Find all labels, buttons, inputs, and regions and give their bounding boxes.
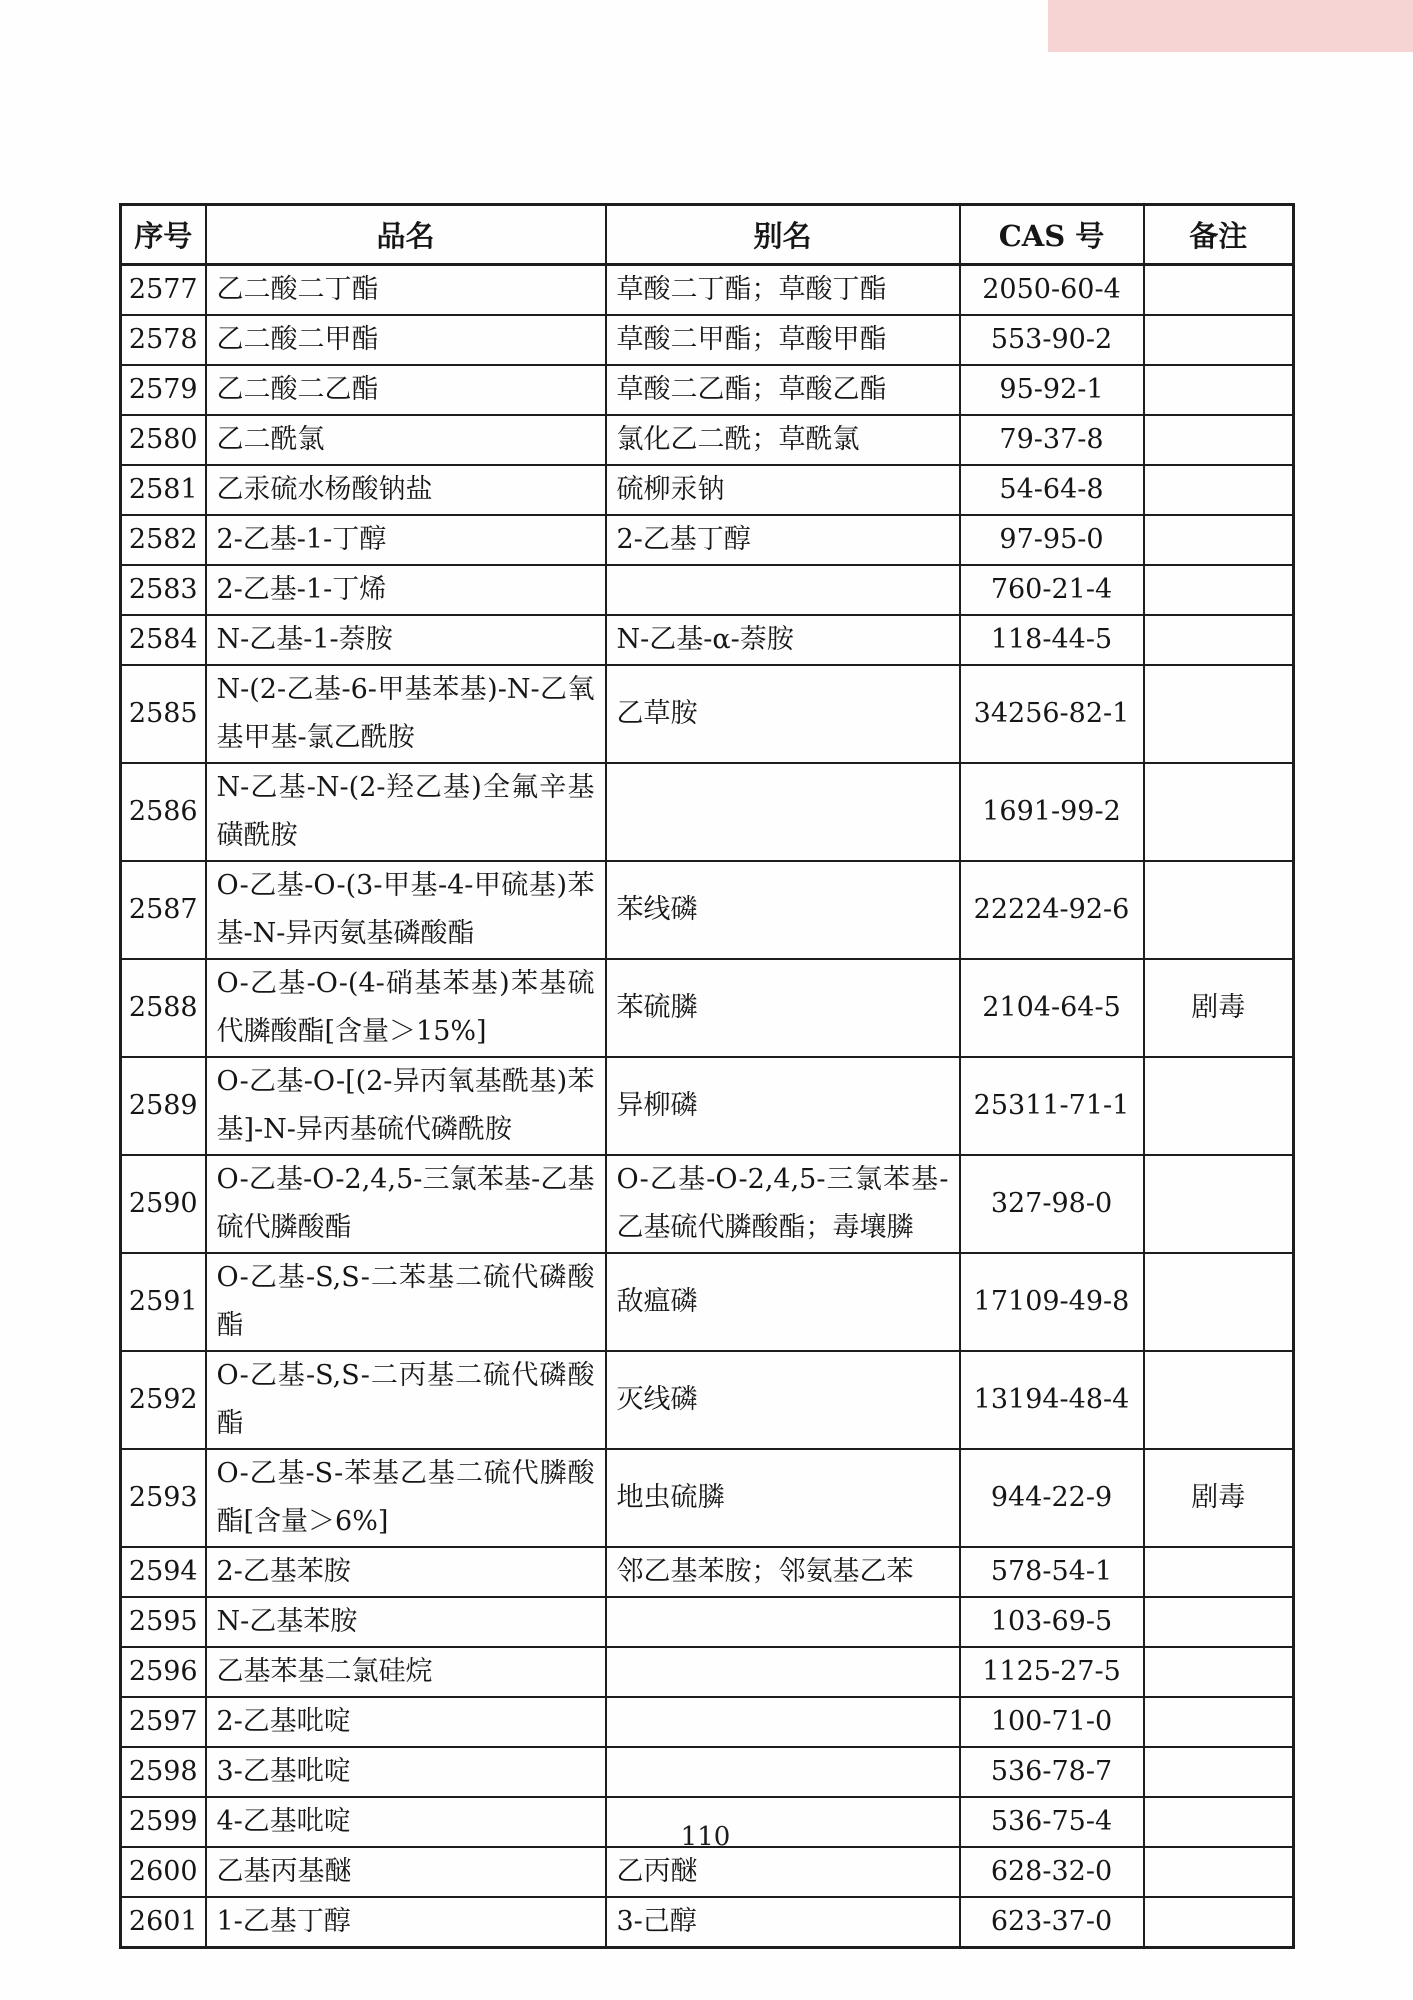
serial-number-cell: 2590 (121, 1155, 206, 1253)
alias-cell: 异柳磷 (606, 1057, 960, 1155)
remark-cell (1144, 1847, 1294, 1897)
remark-cell (1144, 515, 1294, 565)
product-name-cell: O-乙基-O-(4-硝基苯基)苯基硫代膦酸酯[含量＞15%] (206, 959, 606, 1057)
serial-number-cell: 2578 (121, 315, 206, 365)
cas-number-cell: 327-98-0 (960, 1155, 1144, 1253)
table-row: 2591 O-乙基-S,S-二苯基二硫代磷酸酯 敌瘟磷 17109-49-8 (121, 1253, 1294, 1351)
serial-number-cell: 2586 (121, 763, 206, 861)
product-name-cell: O-乙基-S-苯基乙基二硫代膦酸酯[含量＞6%] (206, 1449, 606, 1547)
table-row: 2580 乙二酰氯 氯化乙二酰；草酰氯 79-37-8 (121, 415, 1294, 465)
cas-number-cell: 95-92-1 (960, 365, 1144, 415)
column-header-alias: 别名 (606, 205, 960, 265)
column-header-serial: 序号 (121, 205, 206, 265)
cas-number-cell: 553-90-2 (960, 315, 1144, 365)
table-row: 2600 乙基丙基醚 乙丙醚 628-32-0 (121, 1847, 1294, 1897)
serial-number-cell: 2600 (121, 1847, 206, 1897)
cas-number-cell: 34256-82-1 (960, 665, 1144, 763)
serial-number-cell: 2583 (121, 565, 206, 615)
remark-cell (1144, 1057, 1294, 1155)
alias-cell: 敌瘟磷 (606, 1253, 960, 1351)
product-name-cell: 2-乙基吡啶 (206, 1697, 606, 1747)
alias-cell: 草酸二乙酯；草酸乙酯 (606, 365, 960, 415)
page-number: 110 (119, 1822, 1292, 1852)
remark-cell (1144, 1697, 1294, 1747)
product-name-cell: O-乙基-O-[(2-异丙氧基酰基)苯基]-N-异丙基硫代磷酰胺 (206, 1057, 606, 1155)
column-header-cas-number: CAS 号 (960, 205, 1144, 265)
column-header-product-name: 品名 (206, 205, 606, 265)
product-name-cell: 2-乙基苯胺 (206, 1547, 606, 1597)
product-name-cell: 乙汞硫水杨酸钠盐 (206, 465, 606, 515)
alias-cell (606, 1747, 960, 1797)
cas-number-cell: 628-32-0 (960, 1847, 1144, 1897)
alias-cell: 氯化乙二酰；草酰氯 (606, 415, 960, 465)
cas-number-cell: 25311-71-1 (960, 1057, 1144, 1155)
remark-cell (1144, 861, 1294, 959)
remark-cell: 剧毒 (1144, 1449, 1294, 1547)
table-row: 2592 O-乙基-S,S-二丙基二硫代磷酸酯 灭线磷 13194-48-4 (121, 1351, 1294, 1449)
serial-number-cell: 2577 (121, 265, 206, 316)
red-scan-artifact (1048, 0, 1413, 52)
alias-cell: 2-乙基丁醇 (606, 515, 960, 565)
table-row: 2583 2-乙基-1-丁烯 760-21-4 (121, 565, 1294, 615)
product-name-cell: 2-乙基-1-丁烯 (206, 565, 606, 615)
alias-cell (606, 1597, 960, 1647)
product-name-cell: 2-乙基-1-丁醇 (206, 515, 606, 565)
serial-number-cell: 2591 (121, 1253, 206, 1351)
table-row: 2581 乙汞硫水杨酸钠盐 硫柳汞钠 54-64-8 (121, 465, 1294, 515)
alias-cell: N-乙基-α-萘胺 (606, 615, 960, 665)
cas-number-cell: 17109-49-8 (960, 1253, 1144, 1351)
table-row: 2598 3-乙基吡啶 536-78-7 (121, 1747, 1294, 1797)
remark-cell (1144, 1547, 1294, 1597)
cas-number-cell: 100-71-0 (960, 1697, 1144, 1747)
alias-cell: 苯硫膦 (606, 959, 960, 1057)
serial-number-cell: 2582 (121, 515, 206, 565)
serial-number-cell: 2588 (121, 959, 206, 1057)
table-header: 序号 品名 别名 CAS 号 备注 (121, 205, 1294, 265)
serial-number-cell: 2597 (121, 1697, 206, 1747)
cas-number-cell: 2104-64-5 (960, 959, 1144, 1057)
table-row: 2578 乙二酸二甲酯 草酸二甲酯；草酸甲酯 553-90-2 (121, 315, 1294, 365)
table-row: 2584 N-乙基-1-萘胺 N-乙基-α-萘胺 118-44-5 (121, 615, 1294, 665)
serial-number-cell: 2581 (121, 465, 206, 515)
table-row: 2582 2-乙基-1-丁醇 2-乙基丁醇 97-95-0 (121, 515, 1294, 565)
remark-cell (1144, 1647, 1294, 1697)
serial-number-cell: 2601 (121, 1897, 206, 1948)
cas-number-cell: 2050-60-4 (960, 265, 1144, 316)
table-row: 2586 N-乙基-N-(2-羟乙基)全氟辛基磺酰胺 1691-99-2 (121, 763, 1294, 861)
cas-number-cell: 118-44-5 (960, 615, 1144, 665)
product-name-cell: 1-乙基丁醇 (206, 1897, 606, 1948)
remark-cell (1144, 1155, 1294, 1253)
alias-cell: 草酸二丁酯；草酸丁酯 (606, 265, 960, 316)
serial-number-cell: 2584 (121, 615, 206, 665)
serial-number-cell: 2592 (121, 1351, 206, 1449)
table-row: 2585 N-(2-乙基-6-甲基苯基)-N-乙氧基甲基-氯乙酰胺 乙草胺 34… (121, 665, 1294, 763)
product-name-cell: 乙二酸二乙酯 (206, 365, 606, 415)
chemical-list-table: 序号 品名 别名 CAS 号 备注 2577 乙二酸二丁酯 草酸二丁酯；草酸丁酯… (119, 203, 1295, 1949)
alias-cell: O-乙基-O-2,4,5-三氯苯基-乙基硫代膦酸酯；毒壤膦 (606, 1155, 960, 1253)
serial-number-cell: 2596 (121, 1647, 206, 1697)
alias-cell (606, 1697, 960, 1747)
serial-number-cell: 2587 (121, 861, 206, 959)
product-name-cell: 乙基丙基醚 (206, 1847, 606, 1897)
table-row: 2595 N-乙基苯胺 103-69-5 (121, 1597, 1294, 1647)
remark-cell (1144, 1351, 1294, 1449)
cas-number-cell: 760-21-4 (960, 565, 1144, 615)
table-header-row: 序号 品名 别名 CAS 号 备注 (121, 205, 1294, 265)
alias-cell: 3-己醇 (606, 1897, 960, 1948)
table-row: 2587 O-乙基-O-(3-甲基-4-甲硫基)苯基-N-异丙氨基磷酸酯 苯线磷… (121, 861, 1294, 959)
remark-cell (1144, 465, 1294, 515)
cas-number-cell: 578-54-1 (960, 1547, 1144, 1597)
cas-number-cell: 22224-92-6 (960, 861, 1144, 959)
alias-cell: 乙草胺 (606, 665, 960, 763)
cas-number-cell: 623-37-0 (960, 1897, 1144, 1948)
product-name-cell: 乙二酰氯 (206, 415, 606, 465)
cas-number-cell: 97-95-0 (960, 515, 1144, 565)
cas-number-cell: 1691-99-2 (960, 763, 1144, 861)
product-name-cell: O-乙基-S,S-二苯基二硫代磷酸酯 (206, 1253, 606, 1351)
alias-cell (606, 565, 960, 615)
alias-cell (606, 763, 960, 861)
remark-cell (1144, 665, 1294, 763)
remark-cell (1144, 265, 1294, 316)
document-page: 序号 品名 别名 CAS 号 备注 2577 乙二酸二丁酯 草酸二丁酯；草酸丁酯… (0, 0, 1413, 2000)
remark-cell (1144, 1897, 1294, 1948)
serial-number-cell: 2579 (121, 365, 206, 415)
table-row: 2593 O-乙基-S-苯基乙基二硫代膦酸酯[含量＞6%] 地虫硫膦 944-2… (121, 1449, 1294, 1547)
product-name-cell: N-乙基苯胺 (206, 1597, 606, 1647)
remark-cell (1144, 315, 1294, 365)
product-name-cell: 3-乙基吡啶 (206, 1747, 606, 1797)
cas-number-cell: 54-64-8 (960, 465, 1144, 515)
remark-cell (1144, 1747, 1294, 1797)
table-row: 2589 O-乙基-O-[(2-异丙氧基酰基)苯基]-N-异丙基硫代磷酰胺 异柳… (121, 1057, 1294, 1155)
serial-number-cell: 2585 (121, 665, 206, 763)
alias-cell: 乙丙醚 (606, 1847, 960, 1897)
product-name-cell: N-(2-乙基-6-甲基苯基)-N-乙氧基甲基-氯乙酰胺 (206, 665, 606, 763)
serial-number-cell: 2595 (121, 1597, 206, 1647)
alias-cell: 邻乙基苯胺；邻氨基乙苯 (606, 1547, 960, 1597)
column-header-remark: 备注 (1144, 205, 1294, 265)
alias-cell: 地虫硫膦 (606, 1449, 960, 1547)
product-name-cell: 乙基苯基二氯硅烷 (206, 1647, 606, 1697)
table-row: 2590 O-乙基-O-2,4,5-三氯苯基-乙基硫代膦酸酯 O-乙基-O-2,… (121, 1155, 1294, 1253)
product-name-cell: O-乙基-O-2,4,5-三氯苯基-乙基硫代膦酸酯 (206, 1155, 606, 1253)
table-body: 2577 乙二酸二丁酯 草酸二丁酯；草酸丁酯 2050-60-4 2578 乙二… (121, 265, 1294, 1948)
remark-cell (1144, 763, 1294, 861)
product-name-cell: 乙二酸二丁酯 (206, 265, 606, 316)
alias-cell: 苯线磷 (606, 861, 960, 959)
alias-cell: 硫柳汞钠 (606, 465, 960, 515)
cas-number-cell: 1125-27-5 (960, 1647, 1144, 1697)
alias-cell (606, 1647, 960, 1697)
remark-cell: 剧毒 (1144, 959, 1294, 1057)
remark-cell (1144, 365, 1294, 415)
cas-number-cell: 13194-48-4 (960, 1351, 1144, 1449)
remark-cell (1144, 565, 1294, 615)
remark-cell (1144, 615, 1294, 665)
serial-number-cell: 2593 (121, 1449, 206, 1547)
product-name-cell: 乙二酸二甲酯 (206, 315, 606, 365)
remark-cell (1144, 415, 1294, 465)
serial-number-cell: 2589 (121, 1057, 206, 1155)
table-row: 2577 乙二酸二丁酯 草酸二丁酯；草酸丁酯 2050-60-4 (121, 265, 1294, 316)
product-name-cell: O-乙基-O-(3-甲基-4-甲硫基)苯基-N-异丙氨基磷酸酯 (206, 861, 606, 959)
remark-cell (1144, 1597, 1294, 1647)
table-row: 2601 1-乙基丁醇 3-己醇 623-37-0 (121, 1897, 1294, 1948)
product-name-cell: N-乙基-1-萘胺 (206, 615, 606, 665)
serial-number-cell: 2580 (121, 415, 206, 465)
product-name-cell: N-乙基-N-(2-羟乙基)全氟辛基磺酰胺 (206, 763, 606, 861)
table-row: 2597 2-乙基吡啶 100-71-0 (121, 1697, 1294, 1747)
cas-number-cell: 944-22-9 (960, 1449, 1144, 1547)
remark-cell (1144, 1253, 1294, 1351)
serial-number-cell: 2598 (121, 1747, 206, 1797)
cas-number-cell: 79-37-8 (960, 415, 1144, 465)
cas-number-cell: 103-69-5 (960, 1597, 1144, 1647)
alias-cell: 草酸二甲酯；草酸甲酯 (606, 315, 960, 365)
table-row: 2579 乙二酸二乙酯 草酸二乙酯；草酸乙酯 95-92-1 (121, 365, 1294, 415)
product-name-cell: O-乙基-S,S-二丙基二硫代磷酸酯 (206, 1351, 606, 1449)
table-row: 2588 O-乙基-O-(4-硝基苯基)苯基硫代膦酸酯[含量＞15%] 苯硫膦 … (121, 959, 1294, 1057)
table-row: 2594 2-乙基苯胺 邻乙基苯胺；邻氨基乙苯 578-54-1 (121, 1547, 1294, 1597)
alias-cell: 灭线磷 (606, 1351, 960, 1449)
table-row: 2596 乙基苯基二氯硅烷 1125-27-5 (121, 1647, 1294, 1697)
serial-number-cell: 2594 (121, 1547, 206, 1597)
cas-number-cell: 536-78-7 (960, 1747, 1144, 1797)
